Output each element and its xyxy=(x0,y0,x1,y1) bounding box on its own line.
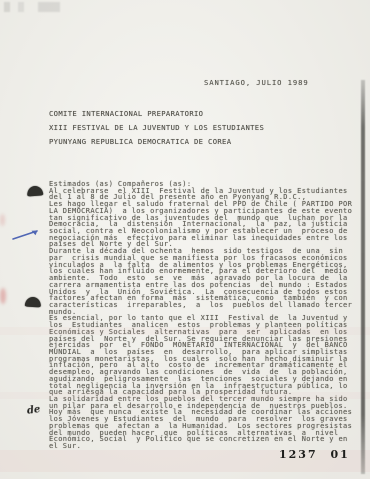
punch-hole-mark xyxy=(27,185,44,196)
punch-hole-mark xyxy=(25,297,42,308)
header-line: PYUNYANG REPUBLICA DEMOCRATICA DE COREA xyxy=(49,135,264,149)
pencil-smudge xyxy=(4,2,90,12)
scanned-letter-page: SANTIAGO, JULIO 1989 COMITE INTERNACIONA… xyxy=(0,0,370,479)
header-line: XIII FESTIVAL DE LA JUVENTUD Y LOS ESTUD… xyxy=(49,121,264,135)
date-line: SANTIAGO, JULIO 1989 xyxy=(204,78,309,87)
header-line: COMITE INTERNACIONAL PREPARATORIO xyxy=(49,107,264,121)
letter-header: COMITE INTERNACIONAL PREPARATORIOXIII FE… xyxy=(49,107,264,149)
body-line: características irreparables, a los pueb… xyxy=(49,302,361,309)
letter-body: Estimados (as) Compañeros (as):Al celebr… xyxy=(49,181,361,450)
red-ink-smudge xyxy=(0,214,5,226)
handwritten-annotation: de xyxy=(26,404,41,417)
stamp-number: 1237 01 xyxy=(279,448,350,461)
pen-arrow-icon xyxy=(11,226,43,246)
red-ink-smudge xyxy=(0,288,6,304)
scan-edge-shadow xyxy=(361,80,365,474)
body-line: Económico, Social y Político que se conc… xyxy=(49,436,361,443)
